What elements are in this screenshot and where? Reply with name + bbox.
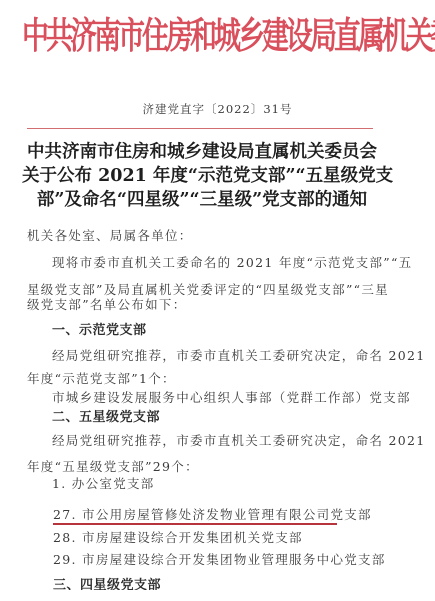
intro-line-3: 级党支部”名单公布如下： (27, 294, 187, 315)
document-number: 济建党直字〔2022〕31号 (0, 101, 435, 117)
section-1-text-line-2: 年度“示范党支部”1个： (27, 368, 176, 389)
section-1-item: 市城乡建设发展服务中心组织人事部（党群工作部）党支部 (52, 387, 411, 408)
title-line-1: 中共济南市住房和城乡建设局直属机关委员会 (22, 140, 382, 164)
section-2-item: 28. 市房屋建设综合开发集团机关党支部 (53, 527, 303, 548)
document-title: 中共济南市住房和城乡建设局直属机关委员会 关于公布 2021 年度“示范党支部”… (22, 140, 382, 212)
section-1-text-line-1: 经局党组研究推荐，市委市直机关工委研究决定，命名 2021 (52, 345, 426, 366)
section-1-heading: 一、示范党支部 (52, 320, 147, 341)
section-2-item: 27. 市公用房屋管修处济发物业管理有限公司党支部 (53, 504, 372, 525)
intro-line-1: 现将市委市直机关工委命名的 2021 年度“示范党支部”“五 (52, 252, 412, 273)
highlight-underline (53, 523, 337, 525)
salutation: 机关各处室、局属各单位： (27, 225, 193, 246)
title-line-2: 关于公布 2021 年度“示范党支部”“五星级党支 (22, 164, 382, 188)
page-cutoff (0, 590, 435, 601)
section-2-heading: 二、五星级党支部 (52, 407, 160, 428)
section-2-text-line-1: 经局党组研究推荐，市委市直机关工委研究决定，命名 2021 (52, 430, 426, 451)
document-masthead: 中共济南市住房和城乡建设局直属机关委员会文件 (22, 14, 367, 84)
section-2-item: 1. 办公室党支部 (52, 473, 155, 494)
section-2-item: 29. 市房屋建设综合开发集团物业管理服务中心党支部 (53, 549, 386, 570)
red-divider-line (27, 128, 373, 129)
title-line-3: 部”及命名“四星级”“三星级”党支部的通知 (22, 188, 382, 212)
